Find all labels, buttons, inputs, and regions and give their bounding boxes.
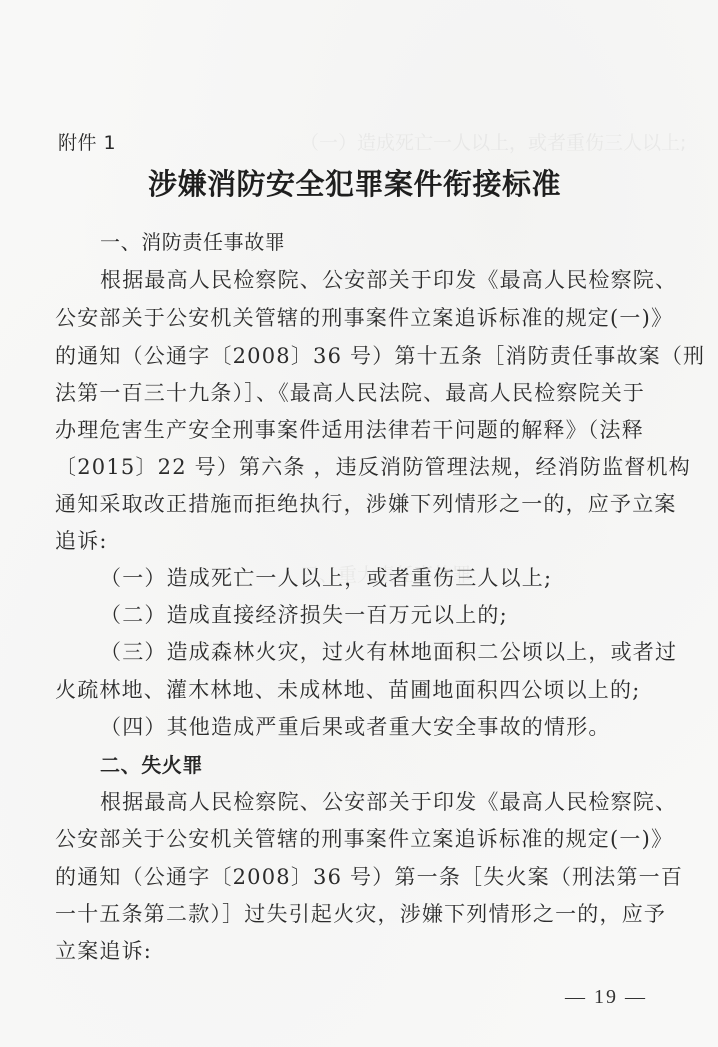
list-item-4: （四）其他造成严重后果或者重大安全事故的情形。 [100,713,710,741]
attachment-label: 附件 1 [58,129,668,157]
paragraph-line: 法第一百三十九条）］、《最高人民法院、最高人民检察院关于 [55,379,665,407]
page-number: — 19 — [565,986,647,1009]
paragraph-line: 根据最高人民检察院、公安部关于印发《最高人民检察院、 [100,788,710,816]
paragraph-line: 根据最高人民检察院、公安部关于印发《最高人民检察院、 [100,266,710,294]
paragraph-line: 立案追诉: [55,937,665,965]
paragraph-line: 通知采取改正措施而拒绝执行，涉嫌下列情形之一的，应予立案 [55,490,665,518]
page-title: 涉嫌消防安全犯罪案件衔接标准 [148,170,718,198]
paragraph-line: 〔2015〕22 号）第六条 ，违反消防管理法规，经消防监督机构 [55,453,665,481]
section-heading-2: 二、失火罪 [100,751,710,779]
list-item-3: （三）造成森林火灾，过火有林地面积二公顷以上，或者过 [100,638,710,666]
paragraph-line: 办理危害生产安全刑事案件适用法律若干问题的解释》（法释 [55,416,665,444]
list-item-1: （一）造成死亡一人以上，或者重伤三人以上; [100,564,710,592]
list-item-2: （二）造成直接经济损失一百万元以上的; [100,601,710,629]
list-item-3-continued: 火疏林地、灌木林地、未成林地、苗圃地面积四公顷以上的; [55,676,665,704]
document-page: （一）造成死亡一人以上，或者重伤三人以上; 三、重大责任事故罪 附件 1 涉嫌消… [0,0,718,1047]
paragraph-line: 的通知（公通字〔2008〕36 号）第一条［失火案（刑法第一百 [55,863,665,891]
paragraph-line: 追诉: [55,527,665,555]
section-heading-1: 一、消防责任事故罪 [100,228,710,256]
paragraph-line: 公安部关于公安机关管辖的刑事案件立案追诉标准的规定(一)》 [55,304,665,332]
paragraph-line: 公安部关于公安机关管辖的刑事案件立案追诉标准的规定(一)》 [55,825,665,853]
paragraph-line: 一十五条第二款）］过失引起火灾，涉嫌下列情形之一的，应予 [55,900,665,928]
paragraph-line: 的通知（公通字〔2008〕36 号）第十五条［消防责任事故案（刑 [55,342,665,370]
